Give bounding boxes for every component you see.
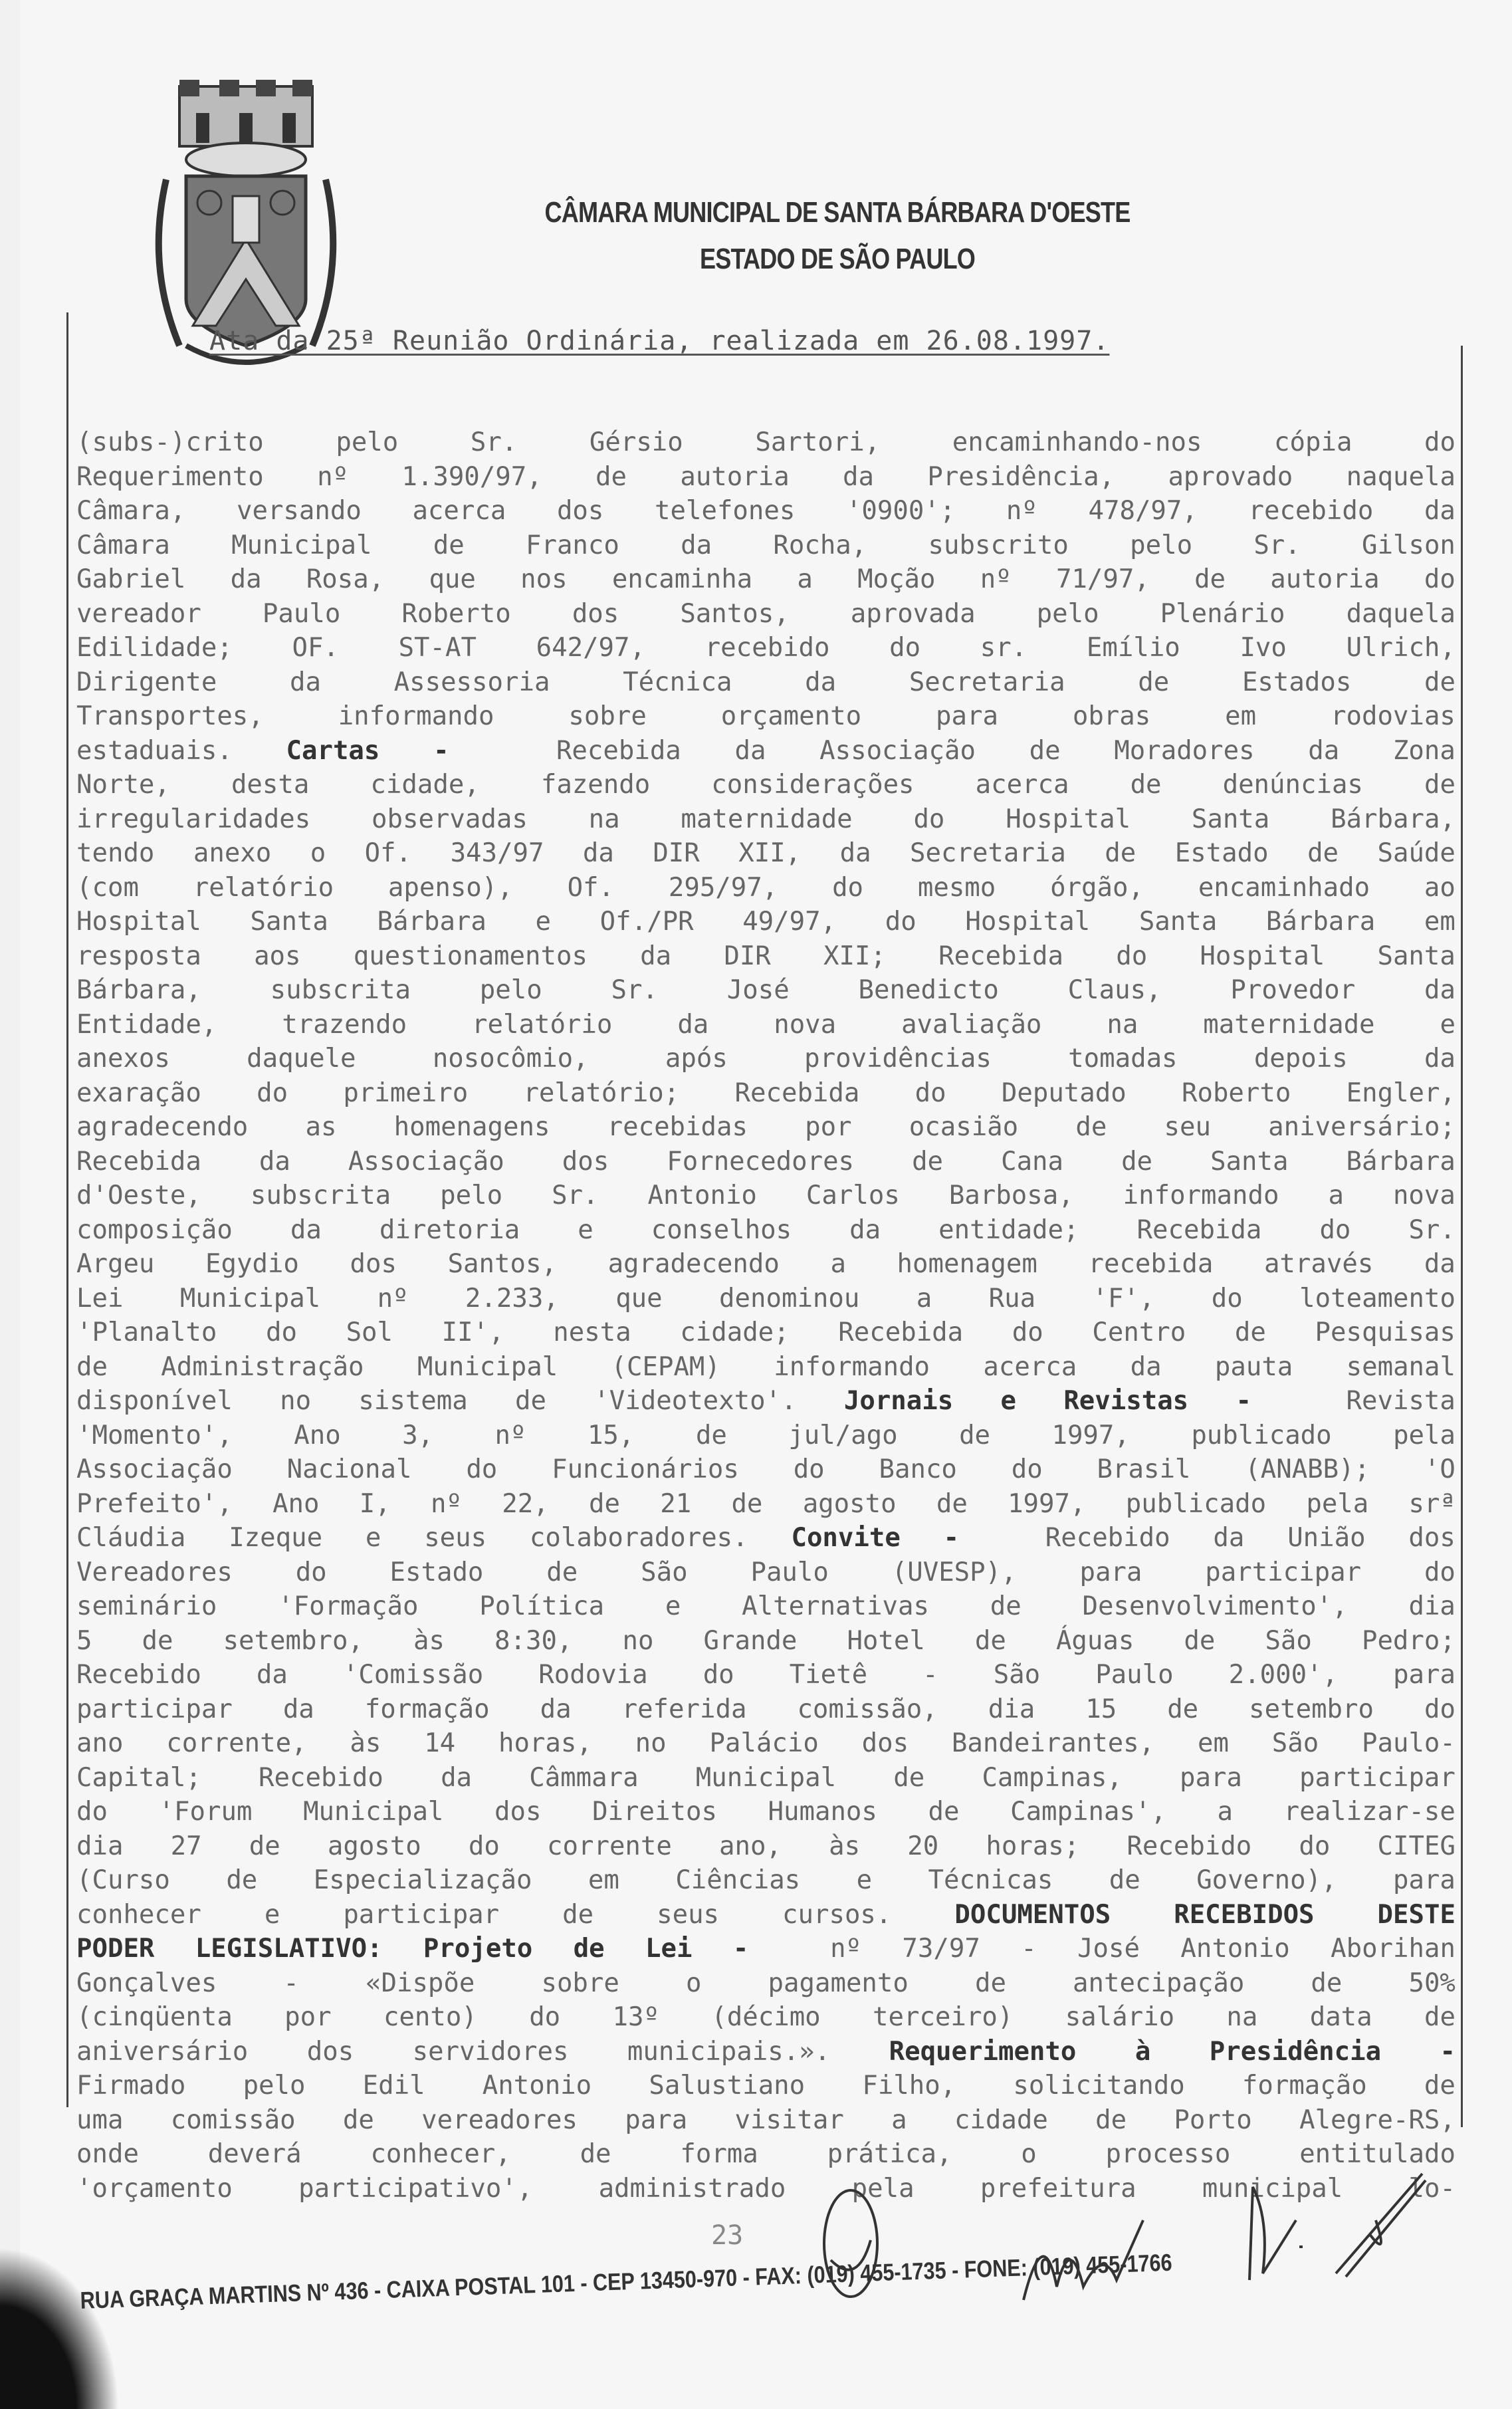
text-line: FirmadopeloEdilAntonioSalustianoFilho,so… <box>76 2069 1456 2103</box>
text-line: agradecendoashomenagensrecebidasporocasi… <box>76 1110 1456 1145</box>
text-line: (subs-)critopeloSr.GérsioSartori,encamin… <box>76 425 1456 460</box>
scan-shadow <box>0 2247 120 2409</box>
text-line: Prefeito',AnoI,nº22,de21deagostode1997,p… <box>76 1487 1456 1522</box>
text-line: Requerimentonº1.390/97,deautoriadaPresid… <box>76 460 1456 495</box>
text-line: Transportes,informandosobreorçamentopara… <box>76 699 1456 734</box>
signature-4 <box>1329 2167 1429 2280</box>
text-line: Bárbara,subscritapeloSr.JoséBenedictoCla… <box>76 973 1456 1008</box>
text-line: Recebidoda'ComissãoRodoviadoTietê-SãoPau… <box>76 1658 1456 1692</box>
text-line: tendoanexooOf.343/97daDIRXII,daSecretari… <box>76 836 1456 871</box>
document-body: (subs-)critopeloSr.GérsioSartori,encamin… <box>76 425 1456 2206</box>
text-line: Entidade,trazendorelatóriodanovaavaliaçã… <box>76 1008 1456 1042</box>
text-line: respostaaosquestionamentosdaDIRXII;Receb… <box>76 939 1456 974</box>
text-line: Norte,destacidade,fazendoconsideraçõesac… <box>76 768 1456 802</box>
right-margin-rule <box>1461 346 1463 2127</box>
text-line: exaraçãodoprimeirorelatório;RecebidadoDe… <box>76 1076 1456 1111</box>
text-line: umacomissãodevereadoresparavisitaracidad… <box>76 2103 1456 2138</box>
text-line: PODERLEGISLATIVO:ProjetodeLei-nº73/97-Jo… <box>76 1932 1456 1966</box>
organization-name: CÂMARA MUNICIPAL DE SANTA BÁRBARA D'OEST… <box>483 189 1192 236</box>
text-line: HospitalSantaBárbaraeOf./PR49/97,doHospi… <box>76 905 1456 939</box>
text-line: LeiMunicipalnº2.233,quedenominouaRua'F',… <box>76 1282 1456 1316</box>
text-line: aniversáriodosservidoresmunicipais.».Req… <box>76 2035 1456 2069</box>
text-line: anocorrente,às14horas,noPaláciodosBandei… <box>76 1726 1456 1761</box>
text-line: dia27deagostodocorrenteano,às20horas;Rec… <box>76 1829 1456 1864</box>
text-line: CláudiaIzequeeseuscolaboradores.Convite-… <box>76 1521 1456 1555</box>
text-line: DirigentedaAssessoriaTécnicadaSecretaria… <box>76 665 1456 700</box>
text-line: d'Oeste,subscritapeloSr.AntonioCarlosBar… <box>76 1179 1456 1213</box>
text-line: Capital;RecebidodaCâmmaraMunicipaldeCamp… <box>76 1761 1456 1795</box>
text-line: anexosdaquelenosocômio,apósprovidênciast… <box>76 1042 1456 1076</box>
document-page: CÂMARA MUNICIPAL DE SANTA BÁRBARA D'OEST… <box>20 0 1512 2409</box>
text-line: composiçãodadiretoriaeconselhosdaentidad… <box>76 1213 1456 1248</box>
organization-state: ESTADO DE SÃO PAULO <box>483 236 1192 283</box>
text-line: 5desetembro,às8:30,noGrandeHoteldeÁguasd… <box>76 1624 1456 1659</box>
text-line: (comrelatórioapenso),Of.295/97,domesmoór… <box>76 871 1456 905</box>
text-line: estaduais.Cartas-RecebidadaAssociaçãodeM… <box>76 734 1456 768</box>
text-line: irregularidadesobservadasnamaternidadedo… <box>76 802 1456 837</box>
document-title: Ata da 25ª Reunião Ordinária, realizada … <box>209 326 1109 356</box>
text-line: ArgeuEgydiodosSantos,agradecendoahomenag… <box>76 1247 1456 1282</box>
text-line: CâmaraMunicipaldeFrancodaRocha,subscrito… <box>76 528 1456 563</box>
text-line: GabrieldaRosa,quenosencaminhaaMoçãonº71/… <box>76 562 1456 597</box>
text-line: deAdministraçãoMunicipal(CEPAM)informand… <box>76 1350 1456 1385</box>
text-line: participardaformaçãodareferidacomissão,d… <box>76 1692 1456 1727</box>
organization-header: CÂMARA MUNICIPAL DE SANTA BÁRBARA D'OEST… <box>483 189 1192 283</box>
text-line: Câmara,versandoacercadostelefones'0900';… <box>76 494 1456 528</box>
page-number: 23 <box>711 2220 743 2251</box>
text-line: RecebidadaAssociaçãodosFornecedoresdeCan… <box>76 1145 1456 1179</box>
text-line: 'PlanaltodoSolII',nestacidade;Recebidado… <box>76 1316 1456 1350</box>
text-line: vereadorPauloRobertodosSantos,aprovadape… <box>76 597 1456 631</box>
text-line: do'ForumMunicipaldosDireitosHumanosdeCam… <box>76 1795 1456 1829</box>
text-line: (cinqüentaporcento)do13º(décimoterceiro)… <box>76 2000 1456 2035</box>
left-margin-rule <box>66 312 68 2107</box>
text-line: (CursodeEspecializaçãoemCiênciaseTécnica… <box>76 1863 1456 1898</box>
text-line: seminário'FormaçãoPolíticaeAlternativasd… <box>76 1589 1456 1624</box>
text-line: ondedeveráconhecer,deformaprática,oproce… <box>76 2137 1456 2172</box>
text-line: AssociaçãoNacionaldoFuncionáriosdoBancod… <box>76 1452 1456 1487</box>
text-line: Gonçalves-«Dispõesobreopagamentodeanteci… <box>76 1966 1456 2001</box>
text-line: conhecereparticipardeseuscursos.DOCUMENT… <box>76 1898 1456 1932</box>
text-line: VereadoresdoEstadodeSãoPaulo(UVESP),para… <box>76 1555 1456 1590</box>
text-line: 'Momento',Ano3,nº15,dejul/agode1997,publ… <box>76 1419 1456 1453</box>
text-line: disponívelnosistemade'Videotexto'.Jornai… <box>76 1384 1456 1419</box>
text-line: Edilidade;OF.ST-AT642/97,recebidodosr.Em… <box>76 631 1456 665</box>
